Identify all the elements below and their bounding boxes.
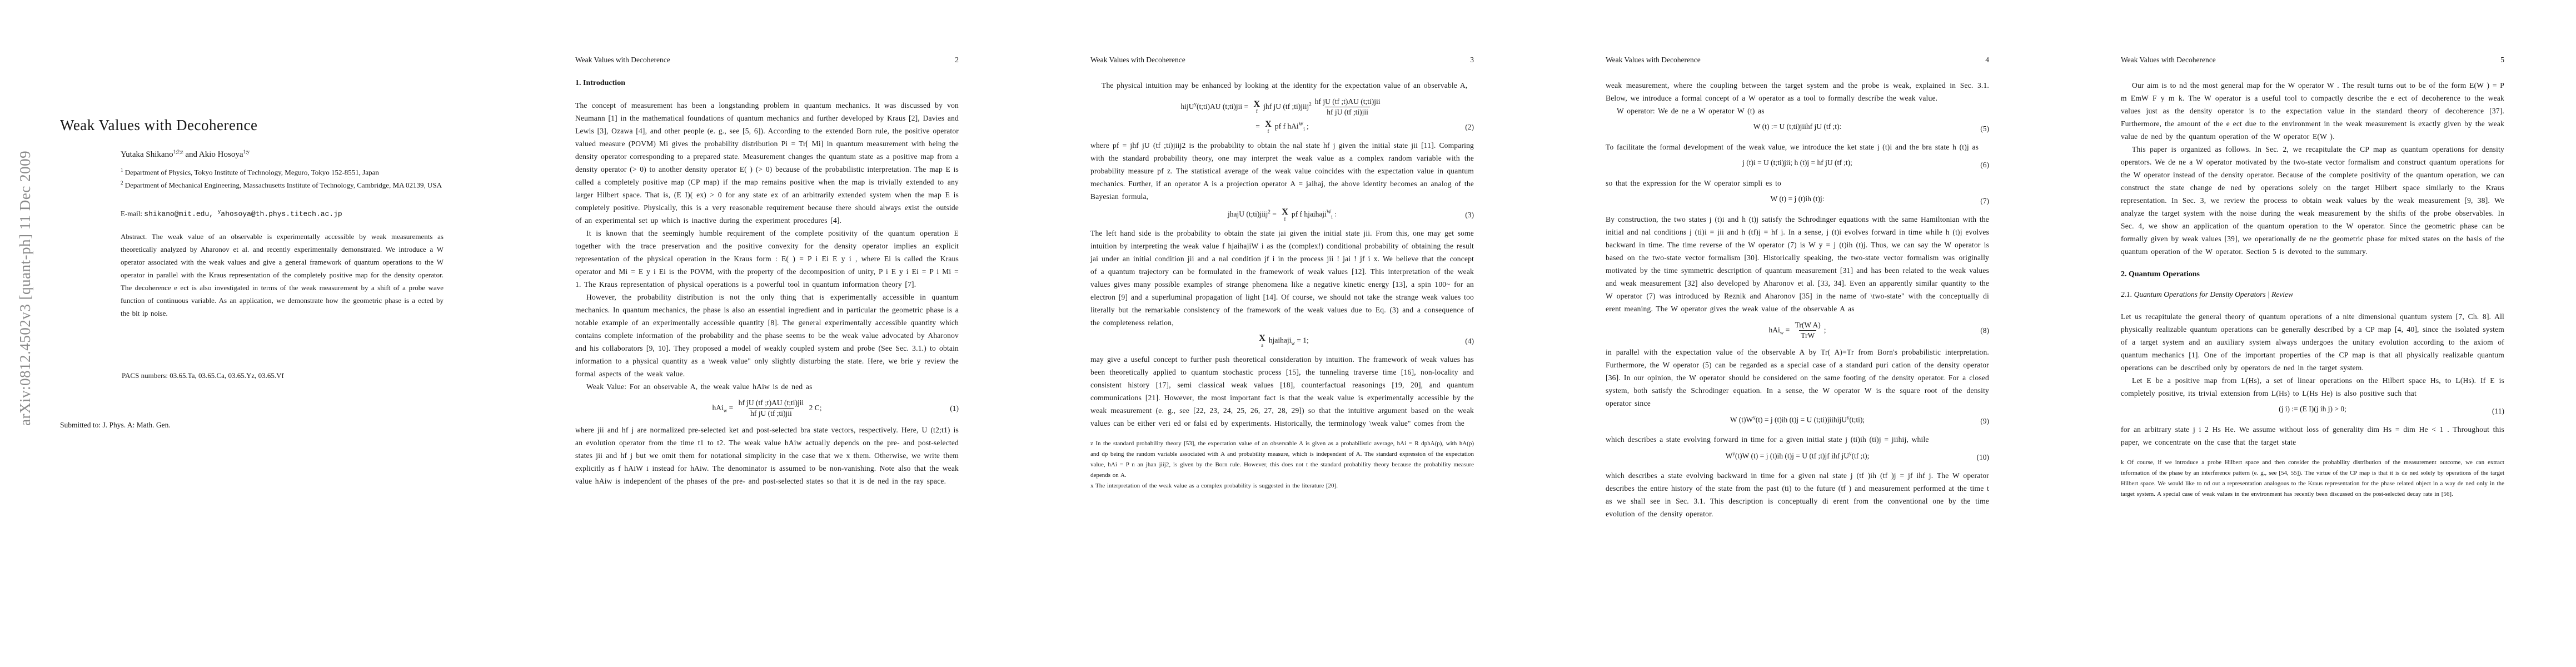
affiliations: 1 Department of Physics, Tokyo Institute… (121, 165, 444, 191)
equation-row: Wy(t)W (t) = j (t)ih (t)j = U (tf ;t)jf … (1606, 451, 1989, 464)
abstract: Abstract. The weak value of an observabl… (121, 230, 444, 320)
fraction-numerator: hf jU (tf ;t)AU (t;ti)jii (737, 398, 806, 408)
math-text: = (1270, 210, 1278, 218)
email-line: E-mail: shikano@mit.edu, yahosoya@th.phy… (121, 209, 342, 218)
math-text: (j i) := (E I)(j ih j) > 0; (2279, 405, 2346, 413)
page-3: Weak Values with Decoherence3The physica… (1030, 0, 1546, 667)
fraction-denominator: hf jU (tf ;ti)jii (749, 408, 794, 419)
fraction-numerator: Tr(W A) (1793, 320, 1822, 330)
equation-number: (3) (1465, 211, 1474, 220)
affiliation-2: 2 Department of Mechanical Engineering, … (121, 178, 444, 191)
equation-row: W (t) := U (t;ti)jiihf jU (tf ;t):(5) (1606, 122, 1989, 136)
page-4-column: Weak Values with Decoherence4weak measur… (1606, 56, 1989, 520)
paragraph: Let E be a positive map from L(Hs), a se… (2121, 374, 2504, 400)
equation: W (t) = j (t)ih (t)j:(7) (1606, 195, 1989, 208)
math-text: = 1; (1295, 336, 1309, 345)
math-text: hAi (1768, 326, 1780, 334)
affiliation-1: 1 Department of Physics, Tokyo Institute… (121, 165, 444, 178)
fraction-denominator: hf jU (tf ;ti)jii (1325, 107, 1370, 117)
page-4: Weak Values with Decoherence4weak measur… (1546, 0, 2061, 667)
page-header: Weak Values with Decoherence3 (1090, 56, 1474, 64)
running-title: Weak Values with Decoherence (1090, 56, 1185, 64)
affiliation-2-text: Department of Mechanical Engineering, Ma… (123, 181, 442, 189)
running-title: Weak Values with Decoherence (575, 56, 670, 64)
email-address-1: shikano@mit.edu, (144, 210, 218, 218)
math-text: ; (1305, 122, 1309, 131)
equation-number: (7) (1980, 197, 1989, 206)
equation: (j i) := (E I)(j ih j) > 0;(11) (2121, 405, 2504, 418)
sum-symbol: Xf (1265, 120, 1272, 134)
equation-row: hAiw = Tr(W A)TrW;(8) (1606, 320, 1989, 341)
sum-glyph: X (1259, 334, 1265, 343)
paragraph: It is known that the seemingly humble re… (575, 227, 959, 291)
math-text: (t;ti); (1849, 416, 1865, 424)
equation-row: hijUy(t;ti)AU (t;ti)jii = Xfjhf jU (tf ;… (1090, 97, 1474, 117)
math-text: j (t)i = U (t;ti)jii; h (t)j = hf jU (tf… (1742, 158, 1852, 167)
footnotes: k Of course, if we introduce a probe Hil… (2121, 457, 2504, 500)
running-title: Weak Values with Decoherence (1606, 56, 1701, 64)
equation-number: (1) (950, 404, 959, 413)
math-text: W (t) := U (t;ti)jiihf jU (tf ;t): (1753, 122, 1841, 131)
paragraph: The concept of measurement has been a lo… (575, 99, 959, 227)
math-text: = (727, 404, 735, 412)
footnote: k Of course, if we introduce a probe Hil… (2121, 457, 2504, 500)
equation-number: (4) (1465, 337, 1474, 346)
equation: hijUy(t;ti)AU (t;ti)jii = Xfjhf jU (tf ;… (1090, 97, 1474, 134)
math-text: : (1333, 210, 1337, 218)
paragraph: However, the probability distribution is… (575, 291, 959, 380)
equation: hAiw = hf jU (tf ;t)AU (t;ti)jiihf jU (t… (575, 398, 959, 419)
math-text: (t;ti)AU (t;ti)jii = (1197, 102, 1250, 111)
page-header: Weak Values with Decoherence4 (1606, 56, 1989, 64)
page-2-column: Weak Values with Decoherence21. Introduc… (575, 56, 959, 487)
equation-number: (6) (1980, 161, 1989, 170)
math-text: 2 C; (807, 404, 821, 412)
paragraph: This paper is organized as follows. In S… (2121, 143, 2504, 258)
footnotes: z In the standard probability theory [53… (1090, 439, 1474, 491)
equation-number: (5) (1980, 125, 1989, 133)
sum-index: a (1261, 343, 1263, 348)
arxiv-stamp: arXiv:0812.4502v3 [quant-ph] 11 Dec 2009 (17, 151, 34, 426)
paragraph: where jii and hf j are normalized pre-se… (575, 424, 959, 487)
sum-index: f (1256, 109, 1258, 114)
abstract-text: The weak value of an observable is exper… (121, 232, 444, 317)
math-superscript: W (1299, 122, 1304, 127)
math-superscript: 2 (1309, 101, 1312, 107)
page-number: 4 (1985, 56, 1989, 64)
equation-number: (9) (1980, 417, 1989, 426)
equation-row: Xahjaihajiw = 1;(4) (1090, 334, 1474, 348)
footnote: z In the standard probability theory [53… (1090, 439, 1474, 481)
fraction-numerator: hf jU (tf ;t)AU (t;ti)jii (1313, 97, 1382, 107)
equation-number: (2) (1465, 123, 1474, 132)
math-text: pf f hjaihaji (1292, 210, 1327, 218)
paper-canvas: arXiv:0812.4502v3 [quant-ph] 11 Dec 2009… (0, 0, 2576, 667)
math-text: W (t)W (1730, 416, 1753, 424)
equation: W (t)Wy(t) = j (t)ih (t)j = U (t;ti)jiih… (1606, 415, 1989, 428)
math-text: hAi (712, 404, 723, 412)
paragraph: for an arbitrary state j i 2 Hs He. We a… (2121, 423, 2504, 449)
page-3-column: Weak Values with Decoherence3The physica… (1090, 56, 1474, 491)
page-number: 3 (1470, 56, 1474, 64)
submitted-line: Submitted to: J. Phys. A: Math. Gen. (60, 421, 171, 430)
author-1: Yutaka Shikano (121, 150, 173, 159)
author-2-marks: 1;y (243, 149, 250, 155)
math-text: W (1726, 452, 1733, 460)
sum-glyph: X (1282, 208, 1288, 217)
footnote: x The interpretation of the weak value a… (1090, 481, 1474, 491)
paragraph: To facilitate the formal development of … (1606, 141, 1989, 153)
math-text: hjaihaji (1269, 336, 1292, 345)
paragraph: By construction, the two states j (t)i a… (1606, 213, 1989, 315)
paper-title: Weak Values with Decoherence (60, 117, 257, 134)
page-number: 2 (955, 56, 959, 64)
equation: hAiw = Tr(W A)TrW;(8) (1606, 320, 1989, 341)
equation-row: (j i) := (E I)(j ih j) > 0;(11) (2121, 405, 2504, 418)
paragraph: where pf = jhf jU (tf ;ti)jiij2 is the p… (1090, 139, 1474, 203)
paragraph: which describes a state evolving forward… (1606, 433, 1989, 446)
affiliation-1-text: Department of Physics, Tokyo Institute o… (123, 168, 379, 176)
page-5-column: Weak Values with Decoherence5Our aim is … (2121, 56, 2504, 500)
authors-line: Yutaka Shikano1;2;z and Akio Hosoya1;y (121, 149, 250, 160)
math-text: ; (1824, 326, 1826, 334)
math-text: jhajU (t;ti)jiij (1228, 210, 1268, 218)
fraction: Tr(W A)TrW (1793, 320, 1822, 341)
equation-row: jhajU (t;ti)jiij2 = Xfpf f hjaihajiWi :(… (1090, 208, 1474, 222)
math-text: (tf ;t); (1851, 452, 1869, 460)
equation-row: hAiw = hf jU (tf ;t)AU (t;ti)jiihf jU (t… (575, 398, 959, 419)
equation: j (t)i = U (t;ti)jii; h (t)j = hf jU (tf… (1606, 158, 1989, 172)
abstract-label: Abstract. (121, 232, 147, 241)
sum-index: f (1268, 129, 1269, 134)
page-number: 5 (2500, 56, 2504, 64)
sum-symbol: Xf (1254, 100, 1260, 114)
paragraph: which describes a state evolving backwar… (1606, 469, 1989, 520)
math-text: W (t) = j (t)ih (t)j: (1771, 195, 1825, 203)
equation-number: (10) (1977, 453, 1990, 462)
page-1: arXiv:0812.4502v3 [quant-ph] 11 Dec 2009… (0, 0, 515, 667)
math-text: (t)W (t) = j (t)ih (t)j = U (tf ;t)jf ih… (1735, 452, 1849, 460)
fraction-denominator: TrW (1799, 330, 1816, 341)
equation-number: (8) (1980, 326, 1989, 335)
paragraph: Let us recapitulate the general theory o… (2121, 310, 2504, 374)
paragraph: The left hand side is the probability to… (1090, 227, 1474, 329)
equation: Wy(t)W (t) = j (t)ih (t)j = U (tf ;t)jf … (1606, 451, 1989, 464)
section-heading: 2. Quantum Operations (2121, 270, 2504, 279)
author-2: and Akio Hosoya (183, 150, 243, 159)
equation-row: j (t)i = U (t;ti)jii; h (t)j = hf jU (tf… (1606, 158, 1989, 172)
equation-row: W (t)Wy(t) = j (t)ih (t)j = U (t;ti)jiih… (1606, 415, 1989, 428)
email-address-2: ahosoya@th.phys.titech.ac.jp (221, 210, 342, 218)
math-text: pf f hAi (1275, 122, 1299, 131)
paragraph: may give a useful concept to further pus… (1090, 353, 1474, 430)
equation: W (t) := U (t;ti)jiihf jU (tf ;t):(5) (1606, 122, 1989, 136)
math-text: = (1255, 122, 1262, 131)
sum-glyph: X (1254, 100, 1260, 109)
math-text: (t) = j (t)ih (t)j = U (t;ti)jiihijU (1756, 416, 1847, 424)
paragraph: so that the expression for the W operato… (1606, 177, 1989, 190)
math-text: jhf jU (tf ;ti)jiij (1263, 102, 1309, 111)
author-1-marks: 1;2;z (173, 149, 183, 155)
equation-row: W (t) = j (t)ih (t)j:(7) (1606, 195, 1989, 208)
fraction: hf jU (tf ;t)AU (t;ti)jiihf jU (tf ;ti)j… (737, 398, 806, 419)
pacs-line: PACS numbers: 03.65.Ta, 03.65.Ca, 03.65.… (122, 371, 284, 380)
equation: jhajU (t;ti)jiij2 = Xfpf f hjaihajiWi :(… (1090, 208, 1474, 222)
section-heading: 1. Introduction (575, 79, 959, 88)
paragraph: Weak Value: For an observable A, the wea… (575, 380, 959, 393)
equation-number: (11) (2492, 407, 2504, 416)
paragraph: weak measurement, where the coupling bet… (1606, 79, 1989, 104)
email-label: E-mail: (121, 209, 144, 217)
math-text: hijU (1181, 102, 1194, 111)
page-header: Weak Values with Decoherence5 (2121, 56, 2504, 64)
equation-row: = Xfpf f hAiWi ;(2) (1090, 120, 1474, 134)
sum-symbol: Xa (1259, 334, 1265, 348)
paragraph: in parallel with the expectation value o… (1606, 346, 1989, 410)
page-2: Weak Values with Decoherence21. Introduc… (515, 0, 1030, 667)
page-header: Weak Values with Decoherence2 (575, 56, 959, 64)
running-title: Weak Values with Decoherence (2121, 56, 2216, 64)
page-5: Weak Values with Decoherence5Our aim is … (2061, 0, 2576, 667)
sum-symbol: Xf (1282, 208, 1288, 222)
paragraph: Our aim is to nd the most general map fo… (2121, 79, 2504, 143)
subsection-heading: 2.1. Quantum Operations for Density Oper… (2121, 290, 2504, 299)
paragraph: W operator: We de ne a W operator W (t) … (1606, 104, 1989, 117)
paragraph: The physical intuition may be enhanced b… (1090, 79, 1474, 92)
sum-glyph: X (1265, 120, 1272, 129)
sum-index: f (1284, 217, 1286, 222)
fraction: hf jU (tf ;t)AU (t;ti)jiihf jU (tf ;ti)j… (1313, 97, 1382, 117)
equation: Xahjaihajiw = 1;(4) (1090, 334, 1474, 348)
math-text: = (1783, 326, 1791, 334)
